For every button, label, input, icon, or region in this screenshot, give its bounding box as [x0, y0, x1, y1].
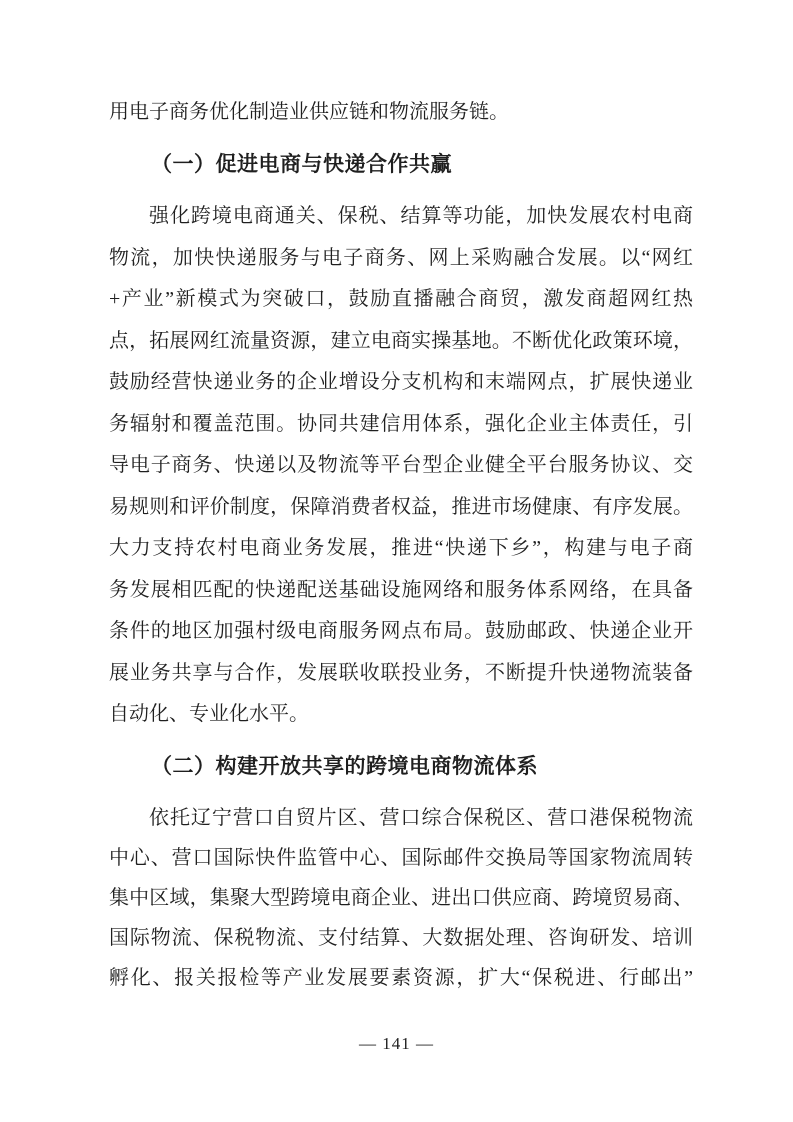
text-line: 依托辽宁营口自贸片区、营口综合保税区、营口港保税物流	[109, 798, 693, 838]
text-line: 务发展相匹配的快递配送基础设施网络和服务体系网络，在具备	[109, 570, 693, 612]
section-heading-1: （一）促进电商与快递合作共赢	[109, 144, 693, 186]
text-line: 导电子商务、快递以及物流等平台型企业健全平台服务协议、交	[109, 445, 693, 487]
heading-text: （二）构建开放共享的跨境电商物流体系	[109, 746, 693, 788]
paragraph-1: 强化跨境电商通关、保税、结算等功能，加快发展农村电商物流，加快快递服务与电子商务…	[109, 196, 693, 736]
text-line: 孵化、报关报检等产业发展要素资源，扩大“保税进、行邮出”	[109, 958, 693, 998]
text-line: 大力支持农村电商业务发展，推进“快递下乡”，构建与电子商	[109, 528, 693, 570]
text-line: 物流，加快快递服务与电子商务、网上采购融合发展。以“网红	[109, 238, 693, 280]
text-line: 中心、营口国际快件监管中心、国际邮件交换局等国家物流周转	[109, 838, 693, 878]
page-footer: — 141 —	[0, 1034, 793, 1054]
text-line: 鼓励经营快递业务的企业增设分支机构和末端网点，扩展快递业	[109, 362, 693, 404]
text-line: 国际物流、保税物流、支付结算、大数据处理、咨询研发、培训	[109, 918, 693, 958]
page-number: — 141 —	[359, 1034, 434, 1053]
heading-text: （一）促进电商与快递合作共赢	[109, 144, 693, 186]
continuation-paragraph: 用电子商务优化制造业供应链和物流服务链。	[109, 92, 693, 134]
text-line: 点，拓展网红流量资源，建立电商实操基地。不断优化政策环境，	[109, 321, 693, 363]
text-line: 展业务共享与合作，发展联收联投业务，不断提升快递物流装备	[109, 653, 693, 695]
paragraph-2: 依托辽宁营口自贸片区、营口综合保税区、营口港保税物流中心、营口国际快件监管中心、…	[109, 798, 693, 998]
text-line: 条件的地区加强村级电商服务网点布局。鼓励邮政、快递企业开	[109, 611, 693, 653]
section-heading-2: （二）构建开放共享的跨境电商物流体系	[109, 746, 693, 788]
text-line: +产业”新模式为突破口，鼓励直播融合商贸，激发商超网红热	[109, 279, 693, 321]
document-page: 用电子商务优化制造业供应链和物流服务链。（一）促进电商与快递合作共赢强化跨境电商…	[0, 0, 793, 1122]
document-body: 用电子商务优化制造业供应链和物流服务链。（一）促进电商与快递合作共赢强化跨境电商…	[109, 92, 693, 998]
text-line: 强化跨境电商通关、保税、结算等功能，加快发展农村电商	[109, 196, 693, 238]
text-line: 集中区域，集聚大型跨境电商企业、进出口供应商、跨境贸易商、	[109, 878, 693, 918]
text-line: 自动化、专业化水平。	[109, 694, 693, 736]
text-line: 易规则和评价制度，保障消费者权益，推进市场健康、有序发展。	[109, 487, 693, 529]
text-line: 务辐射和覆盖范围。协同共建信用体系，强化企业主体责任，引	[109, 404, 693, 446]
text-line: 用电子商务优化制造业供应链和物流服务链。	[109, 92, 693, 134]
